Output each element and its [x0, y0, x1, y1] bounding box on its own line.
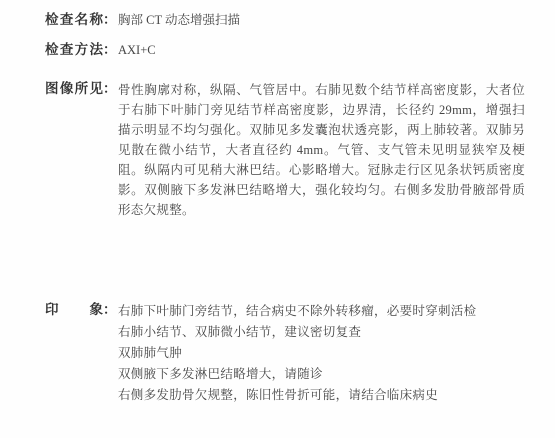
impression-list: 右肺下叶肺门旁结节，结合病史不除外转移瘤，必要时穿刺活检 右肺小结节、双肺微小结… [118, 301, 525, 406]
exam-method-row: 检查方法： AXI+C [45, 41, 156, 59]
exam-method-label-text: 检查方法 [45, 41, 103, 59]
impression-label: 印象： [45, 301, 118, 319]
exam-name-label: 检查名称： [45, 11, 118, 29]
ct-report-document: 检查名称： 胸部 CT 动态增强扫描 检查方法： AXI+C 图像所见： 骨性胸… [0, 0, 555, 438]
findings-text: 骨性胸廓对称，纵隔、气管居中。右肺见数个结节样高密度影，大者位于右肺下叶肺门旁见… [118, 80, 525, 220]
impression-item: 右肺下叶肺门旁结节，结合病史不除外转移瘤，必要时穿刺活检 [118, 301, 525, 322]
impression-label-text: 印象 [45, 301, 103, 319]
impression-item: 双侧腋下多发淋巴结略增大，请随诊 [118, 364, 525, 385]
impression-row: 印象： 右肺下叶肺门旁结节，结合病史不除外转移瘤，必要时穿刺活检 右肺小结节、双… [45, 301, 525, 406]
exam-name-row: 检查名称： 胸部 CT 动态增强扫描 [45, 11, 240, 29]
impression-item: 双肺肺气肿 [118, 343, 525, 364]
exam-method-colon: ： [103, 42, 117, 57]
exam-method-label: 检查方法： [45, 41, 118, 59]
exam-name-label-text: 检查名称 [45, 11, 103, 29]
findings-label: 图像所见： [45, 80, 118, 98]
impression-item: 右肺小结节、双肺微小结节，建议密切复查 [118, 322, 525, 343]
findings-row: 图像所见： 骨性胸廓对称，纵隔、气管居中。右肺见数个结节样高密度影，大者位于右肺… [45, 80, 525, 220]
findings-label-text: 图像所见 [45, 80, 103, 98]
exam-method-value: AXI+C [118, 41, 156, 59]
exam-name-value: 胸部 CT 动态增强扫描 [118, 11, 240, 29]
exam-name-colon: ： [103, 12, 117, 27]
impression-colon: ： [103, 302, 117, 317]
impression-item: 右侧多发肋骨欠规整，陈旧性骨折可能，请结合临床病史 [118, 385, 525, 406]
findings-colon: ： [103, 81, 117, 96]
